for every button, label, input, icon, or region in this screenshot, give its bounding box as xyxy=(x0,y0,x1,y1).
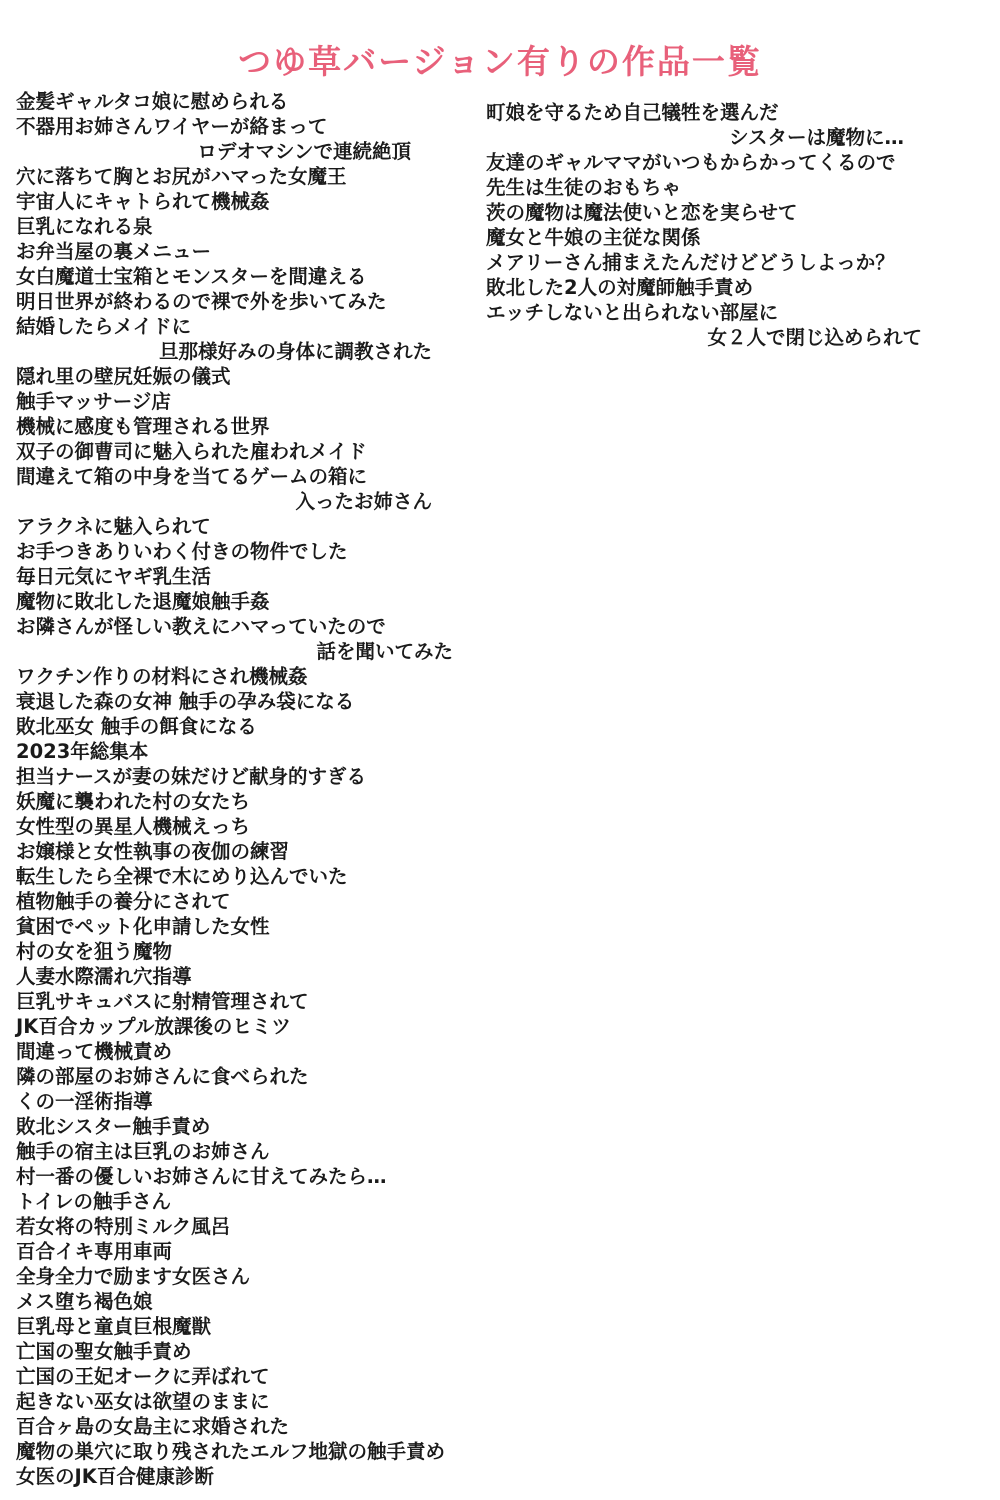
work-title-line: 間違えて箱の中身を当てるゲームの箱に xyxy=(16,464,476,489)
work-title-line: 村一番の優しいお姉さんに甘えてみたら… xyxy=(16,1164,476,1189)
work-title-line: 宇宙人にキャトられて機械姦 xyxy=(16,189,476,214)
work-title-entry: 妖魔に襲われた村の女たち xyxy=(16,789,476,814)
work-title-entry: 転生したら全裸で木にめり込んでいた xyxy=(16,864,476,889)
work-title-entry: お弁当屋の裏メニュー xyxy=(16,239,476,264)
work-title-line: 友達のギャルママがいつもからかってくるので xyxy=(486,150,926,175)
work-title-line: 魔物に敗北した退魔娘触手姦 xyxy=(16,589,476,614)
work-title-line: お嬢様と女性執事の夜伽の練習 xyxy=(16,839,476,864)
work-title-line: 双子の御曹司に魅入られた雇われメイド xyxy=(16,439,476,464)
work-title-line: 女医のJK百合健康診断 xyxy=(16,1464,476,1489)
work-title-entry: 敗北巫女 触手の餌食になる xyxy=(16,714,476,739)
work-title-line: 明日世界が終わるので裸で外を歩いてみた xyxy=(16,289,476,314)
work-title-entry: 衰退した森の女神 触手の孕み袋になる xyxy=(16,689,476,714)
work-title-line: 巨乳母と童貞巨根魔獣 xyxy=(16,1314,476,1339)
work-title-line: 妖魔に襲われた村の女たち xyxy=(16,789,476,814)
work-title-line: お隣さんが怪しい教えにハマっていたので xyxy=(16,614,476,639)
work-title-line: 魔女と牛娘の主従な関係 xyxy=(486,225,926,250)
work-title-line: 貧困でペット化申請した女性 xyxy=(16,914,476,939)
work-title-continuation: 女２人で閉じ込められて xyxy=(486,325,922,350)
work-title-entry: 隣の部屋のお姉さんに食べられた xyxy=(16,1064,476,1089)
work-title-line: 触手マッサージ店 xyxy=(16,389,476,414)
work-title-continuation: 旦那様好みの身体に調教された xyxy=(16,339,432,364)
work-title-entry: 機械に感度も管理される世界 xyxy=(16,414,476,439)
work-title-line: くの一淫術指導 xyxy=(16,1089,476,1114)
work-title-line: 百合ヶ島の女島主に求婚された xyxy=(16,1414,476,1439)
work-title-line: ワクチン作りの材料にされ機械姦 xyxy=(16,664,476,689)
work-title-line: 2023年総集本 xyxy=(16,739,476,764)
work-title-entry: 巨乳母と童貞巨根魔獣 xyxy=(16,1314,476,1339)
work-title-entry: くの一淫術指導 xyxy=(16,1089,476,1114)
work-title-line: 茨の魔物は魔法使いと恋を実らせて xyxy=(486,200,926,225)
work-title-entry: 亡国の聖女触手責め xyxy=(16,1339,476,1364)
work-title-line: 起きない巫女は欲望のままに xyxy=(16,1389,476,1414)
work-title-line: 転生したら全裸で木にめり込んでいた xyxy=(16,864,476,889)
work-title-entry: 貧困でペット化申請した女性 xyxy=(16,914,476,939)
work-title-continuation: 入ったお姉さん xyxy=(16,489,432,514)
work-title-line: 衰退した森の女神 触手の孕み袋になる xyxy=(16,689,476,714)
work-title-entry: 人妻水際濡れ穴指導 xyxy=(16,964,476,989)
work-title-entry: 明日世界が終わるので裸で外を歩いてみた xyxy=(16,289,476,314)
work-title-line: 全身全力で励ます女医さん xyxy=(16,1264,476,1289)
work-title-line: 敗北巫女 触手の餌食になる xyxy=(16,714,476,739)
work-title-line: 女性型の異星人機械えっち xyxy=(16,814,476,839)
work-title-entry: 間違って機械責め xyxy=(16,1039,476,1064)
work-title-entry: 巨乳サキュバスに射精管理されて xyxy=(16,989,476,1014)
work-title-line: 巨乳サキュバスに射精管理されて xyxy=(16,989,476,1014)
work-title-entry: 金髪ギャルタコ娘に慰められる xyxy=(16,89,476,114)
work-title-continuation: ロデオマシンで連続絶頂 xyxy=(16,139,411,164)
work-title-entry: ワクチン作りの材料にされ機械姦 xyxy=(16,664,476,689)
work-title-entry: お嬢様と女性執事の夜伽の練習 xyxy=(16,839,476,864)
work-title-line: 触手の宿主は巨乳のお姉さん xyxy=(16,1139,476,1164)
work-title-entry: 穴に落ちて胸とお尻がハマった女魔王 xyxy=(16,164,476,189)
work-title-entry: 女白魔道士宝箱とモンスターを間違える xyxy=(16,264,476,289)
work-title-line: 先生は生徒のおもちゃ xyxy=(486,175,926,200)
work-title-entry: お隣さんが怪しい教えにハマっていたので話を聞いてみた xyxy=(16,614,476,664)
work-title-entry: JK百合カップル放課後のヒミツ xyxy=(16,1014,476,1039)
work-title-line: 金髪ギャルタコ娘に慰められる xyxy=(16,89,476,114)
work-title-line: 町娘を守るため自己犠牲を選んだ xyxy=(486,100,926,125)
work-title-line: 担当ナースが妻の妹だけど献身的すぎる xyxy=(16,764,476,789)
work-title-line: 敗北した2人の対魔師触手責め xyxy=(486,275,926,300)
work-title-entry: エッチしないと出られない部屋に女２人で閉じ込められて xyxy=(486,300,926,350)
work-title-entry: 担当ナースが妻の妹だけど献身的すぎる xyxy=(16,764,476,789)
work-title-entry: 双子の御曹司に魅入られた雇われメイド xyxy=(16,439,476,464)
work-title-line: 魔物の巣穴に取り残されたエルフ地獄の触手責め xyxy=(16,1439,476,1464)
work-title-line: メアリーさん捕まえたんだけどどうしよっか？ xyxy=(486,250,926,275)
work-title-entry: 敗北した2人の対魔師触手責め xyxy=(486,275,926,300)
work-title-line: 植物触手の養分にされて xyxy=(16,889,476,914)
work-title-line: エッチしないと出られない部屋に xyxy=(486,300,926,325)
work-title-line: 毎日元気にヤギ乳生活 xyxy=(16,564,476,589)
work-title-entry: 茨の魔物は魔法使いと恋を実らせて xyxy=(486,200,926,225)
work-title-entry: 植物触手の養分にされて xyxy=(16,889,476,914)
work-title-entry: 亡国の王妃オークに弄ばれて xyxy=(16,1364,476,1389)
work-title-entry: 村一番の優しいお姉さんに甘えてみたら… xyxy=(16,1164,476,1189)
work-title-entry: 不器用お姉さんワイヤーが絡まってロデオマシンで連続絶頂 xyxy=(16,114,476,164)
work-title-entry: 町娘を守るため自己犠牲を選んだシスターは魔物に… xyxy=(486,100,926,150)
work-title-line: 百合イキ専用車両 xyxy=(16,1239,476,1264)
work-title-entry: 先生は生徒のおもちゃ xyxy=(486,175,926,200)
work-title-entry: 女医のJK百合健康診断 xyxy=(16,1464,476,1489)
work-title-line: 隣の部屋のお姉さんに食べられた xyxy=(16,1064,476,1089)
work-title-line: 間違って機械責め xyxy=(16,1039,476,1064)
work-title-entry: 巨乳になれる泉 xyxy=(16,214,476,239)
work-title-line: トイレの触手さん xyxy=(16,1189,476,1214)
works-list-left: 金髪ギャルタコ娘に慰められる不器用お姉さんワイヤーが絡まってロデオマシンで連続絶… xyxy=(16,89,476,1489)
work-title-line: 人妻水際濡れ穴指導 xyxy=(16,964,476,989)
work-title-entry: 隠れ里の壁尻妊娠の儀式 xyxy=(16,364,476,389)
work-title-entry: 触手マッサージ店 xyxy=(16,389,476,414)
work-title-line: 巨乳になれる泉 xyxy=(16,214,476,239)
work-title-entry: メス堕ち褐色娘 xyxy=(16,1289,476,1314)
work-title-line: 女白魔道士宝箱とモンスターを間違える xyxy=(16,264,476,289)
work-title-line: お手つきありいわく付きの物件でした xyxy=(16,539,476,564)
work-title-line: お弁当屋の裏メニュー xyxy=(16,239,476,264)
work-title-entry: 毎日元気にヤギ乳生活 xyxy=(16,564,476,589)
work-title-entry: 結婚したらメイドに旦那様好みの身体に調教された xyxy=(16,314,476,364)
work-title-entry: 女性型の異星人機械えっち xyxy=(16,814,476,839)
work-title-line: 結婚したらメイドに xyxy=(16,314,476,339)
work-title-line: 村の女を狙う魔物 xyxy=(16,939,476,964)
work-title-line: アラクネに魅入られて xyxy=(16,514,476,539)
work-title-entry: 若女将の特別ミルク風呂 xyxy=(16,1214,476,1239)
works-list-right: 町娘を守るため自己犠牲を選んだシスターは魔物に…友達のギャルママがいつもからかっ… xyxy=(486,100,926,350)
work-title-entry: 魔物に敗北した退魔娘触手姦 xyxy=(16,589,476,614)
work-title-entry: 宇宙人にキャトられて機械姦 xyxy=(16,189,476,214)
work-title-line: 隠れ里の壁尻妊娠の儀式 xyxy=(16,364,476,389)
page-title: つゆ草バージョン有りの作品一覧 xyxy=(0,38,1000,86)
work-title-line: 機械に感度も管理される世界 xyxy=(16,414,476,439)
work-title-line: 若女将の特別ミルク風呂 xyxy=(16,1214,476,1239)
work-title-entry: 魔物の巣穴に取り残されたエルフ地獄の触手責め xyxy=(16,1439,476,1464)
work-title-line: 不器用お姉さんワイヤーが絡まって xyxy=(16,114,476,139)
work-title-entry: アラクネに魅入られて xyxy=(16,514,476,539)
work-title-entry: 百合ヶ島の女島主に求婚された xyxy=(16,1414,476,1439)
work-title-entry: トイレの触手さん xyxy=(16,1189,476,1214)
work-title-line: 亡国の王妃オークに弄ばれて xyxy=(16,1364,476,1389)
work-title-continuation: 話を聞いてみた xyxy=(16,639,453,664)
work-title-line: 亡国の聖女触手責め xyxy=(16,1339,476,1364)
work-title-entry: 村の女を狙う魔物 xyxy=(16,939,476,964)
work-title-entry: 友達のギャルママがいつもからかってくるので xyxy=(486,150,926,175)
work-title-line: JK百合カップル放課後のヒミツ xyxy=(16,1014,476,1039)
work-title-line: 敗北シスター触手責め xyxy=(16,1114,476,1139)
work-title-entry: お手つきありいわく付きの物件でした xyxy=(16,539,476,564)
work-title-entry: 起きない巫女は欲望のままに xyxy=(16,1389,476,1414)
work-title-entry: メアリーさん捕まえたんだけどどうしよっか？ xyxy=(486,250,926,275)
work-title-entry: 魔女と牛娘の主従な関係 xyxy=(486,225,926,250)
work-title-line: メス堕ち褐色娘 xyxy=(16,1289,476,1314)
work-title-entry: 触手の宿主は巨乳のお姉さん xyxy=(16,1139,476,1164)
work-title-entry: 敗北シスター触手責め xyxy=(16,1114,476,1139)
work-title-entry: 百合イキ専用車両 xyxy=(16,1239,476,1264)
work-title-entry: 間違えて箱の中身を当てるゲームの箱に入ったお姉さん xyxy=(16,464,476,514)
work-title-continuation: シスターは魔物に… xyxy=(486,125,904,150)
work-title-line: 穴に落ちて胸とお尻がハマった女魔王 xyxy=(16,164,476,189)
work-title-entry: 全身全力で励ます女医さん xyxy=(16,1264,476,1289)
work-title-entry: 2023年総集本 xyxy=(16,739,476,764)
